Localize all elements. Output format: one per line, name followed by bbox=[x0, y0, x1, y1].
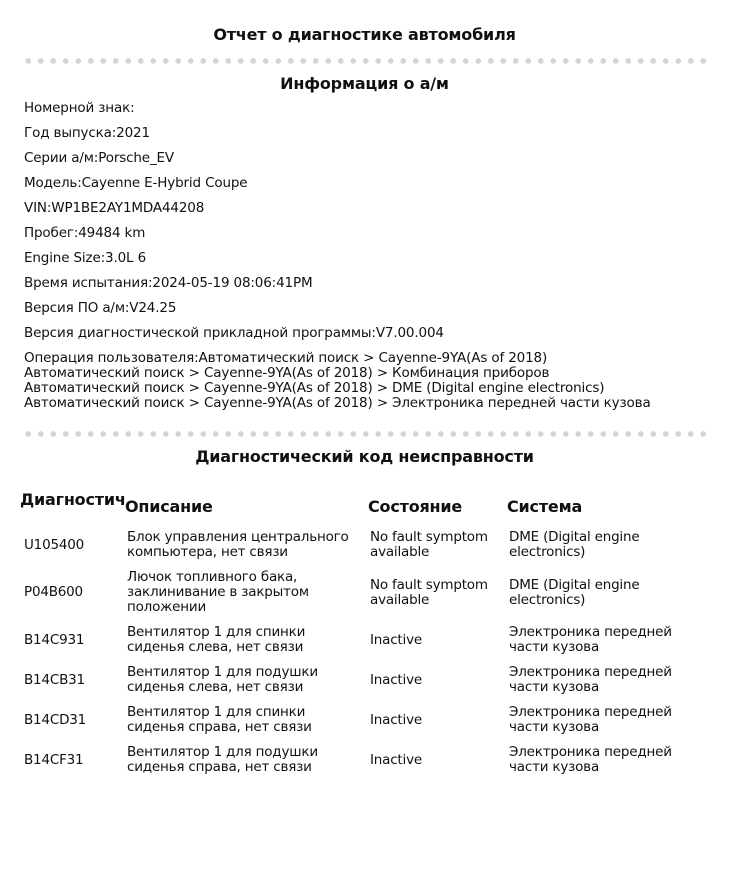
dotted-separator bbox=[22, 431, 710, 437]
user-operation-line: Автоматический поиск > Cayenne-9YA(As of… bbox=[24, 366, 651, 381]
info-license-plate: Номерной знак: bbox=[24, 100, 135, 116]
dtc-system: DME (Digital engineelectronics) bbox=[509, 530, 709, 560]
dtc-description: Лючок топливного бака,заклинивание в зак… bbox=[127, 570, 362, 615]
column-header-system: Система bbox=[507, 497, 582, 516]
info-label: Номерной знак: bbox=[24, 100, 135, 116]
dtc-system: DME (Digital engineelectronics) bbox=[509, 578, 709, 608]
info-series: Серии а/м:Porsche_EV bbox=[24, 150, 174, 166]
dtc-state: Inactive bbox=[370, 673, 500, 688]
dtc-state: No fault symptomavailable bbox=[370, 530, 500, 560]
vehicle-info-heading: Информация о а/м bbox=[0, 74, 729, 93]
dotted-separator bbox=[22, 58, 710, 64]
dtc-description: Вентилятор 1 для спинкисиденья слева, не… bbox=[127, 625, 362, 655]
dtc-description: Вентилятор 1 для подушкисиденья справа, … bbox=[127, 745, 362, 775]
user-operation-line: Автоматический поиск > Cayenne-9YA(As of… bbox=[24, 396, 651, 411]
dtc-system: Электроника переднейчасти кузова bbox=[509, 705, 709, 735]
info-vehicle-sw-version: Версия ПО а/м:V24.25 bbox=[24, 300, 176, 316]
info-value: 2024-05-19 08:06:41PM bbox=[152, 275, 312, 291]
info-model: Модель:Cayenne E-Hybrid Coupe bbox=[24, 175, 247, 191]
dtc-code: B14CF31 bbox=[24, 753, 83, 768]
dtc-code: U105400 bbox=[24, 538, 84, 553]
dtc-description: Вентилятор 1 для спинкисиденья справа, н… bbox=[127, 705, 362, 735]
info-value: V24.25 bbox=[129, 300, 176, 316]
info-label: Версия диагностической прикладной програ… bbox=[24, 325, 376, 341]
column-header-code: Диагностич bbox=[20, 490, 126, 509]
info-label: Время испытания: bbox=[24, 275, 152, 291]
dtc-description: Блок управления центральногокомпьютера, … bbox=[127, 530, 362, 560]
info-value: V7.00.004 bbox=[376, 325, 444, 341]
info-label: Серии а/м: bbox=[24, 150, 98, 166]
user-operation: Операция пользователя:Автоматический пои… bbox=[24, 351, 651, 411]
info-vin: VIN:WP1BE2AY1MDA44208 bbox=[24, 200, 204, 216]
info-value: 2021 bbox=[116, 125, 150, 141]
report-title: Отчет о диагностике автомобиля bbox=[0, 25, 729, 44]
info-label: Пробег: bbox=[24, 225, 78, 241]
info-engine-size: Engine Size:3.0L 6 bbox=[24, 250, 146, 266]
info-label: Engine Size: bbox=[24, 250, 105, 266]
user-operation-line: Автоматический поиск > Cayenne-9YA(As of… bbox=[24, 381, 651, 396]
info-value: 3.0L 6 bbox=[105, 250, 146, 266]
user-operation-line: Операция пользователя:Автоматический пои… bbox=[24, 351, 651, 366]
dtc-state: Inactive bbox=[370, 633, 500, 648]
info-model-year: Год выпуска:2021 bbox=[24, 125, 150, 141]
dtc-code: B14C931 bbox=[24, 633, 84, 648]
info-label: VIN: bbox=[24, 200, 51, 216]
info-label: Версия ПО а/м: bbox=[24, 300, 129, 316]
dtc-state: No fault symptomavailable bbox=[370, 578, 500, 608]
user-operation-label: Операция пользователя: bbox=[24, 350, 198, 366]
dtc-description: Вентилятор 1 для подушкисиденья слева, н… bbox=[127, 665, 362, 695]
info-mileage: Пробег:49484 km bbox=[24, 225, 145, 241]
info-value: 49484 km bbox=[78, 225, 145, 241]
dtc-code: B14CB31 bbox=[24, 673, 85, 688]
info-value: Cayenne E-Hybrid Coupe bbox=[82, 175, 248, 191]
column-header-state: Состояние bbox=[368, 497, 462, 516]
info-value: Porsche_EV bbox=[98, 150, 174, 166]
diagnostic-report: Отчет о диагностике автомобиля Информаци… bbox=[0, 0, 729, 889]
dtc-heading: Диагностический код неисправности bbox=[0, 447, 729, 466]
dtc-state: Inactive bbox=[370, 753, 500, 768]
info-test-time: Время испытания:2024-05-19 08:06:41PM bbox=[24, 275, 312, 291]
info-app-version: Версия диагностической прикладной програ… bbox=[24, 325, 444, 341]
column-header-description: Описание bbox=[125, 497, 213, 516]
info-value: WP1BE2AY1MDA44208 bbox=[51, 200, 204, 216]
info-label: Модель: bbox=[24, 175, 82, 191]
dtc-system: Электроника переднейчасти кузова bbox=[509, 665, 709, 695]
dtc-state: Inactive bbox=[370, 713, 500, 728]
dtc-system: Электроника переднейчасти кузова bbox=[509, 745, 709, 775]
dtc-code: P04B600 bbox=[24, 585, 83, 600]
info-label: Год выпуска: bbox=[24, 125, 116, 141]
dtc-code: B14CD31 bbox=[24, 713, 86, 728]
dtc-system: Электроника переднейчасти кузова bbox=[509, 625, 709, 655]
